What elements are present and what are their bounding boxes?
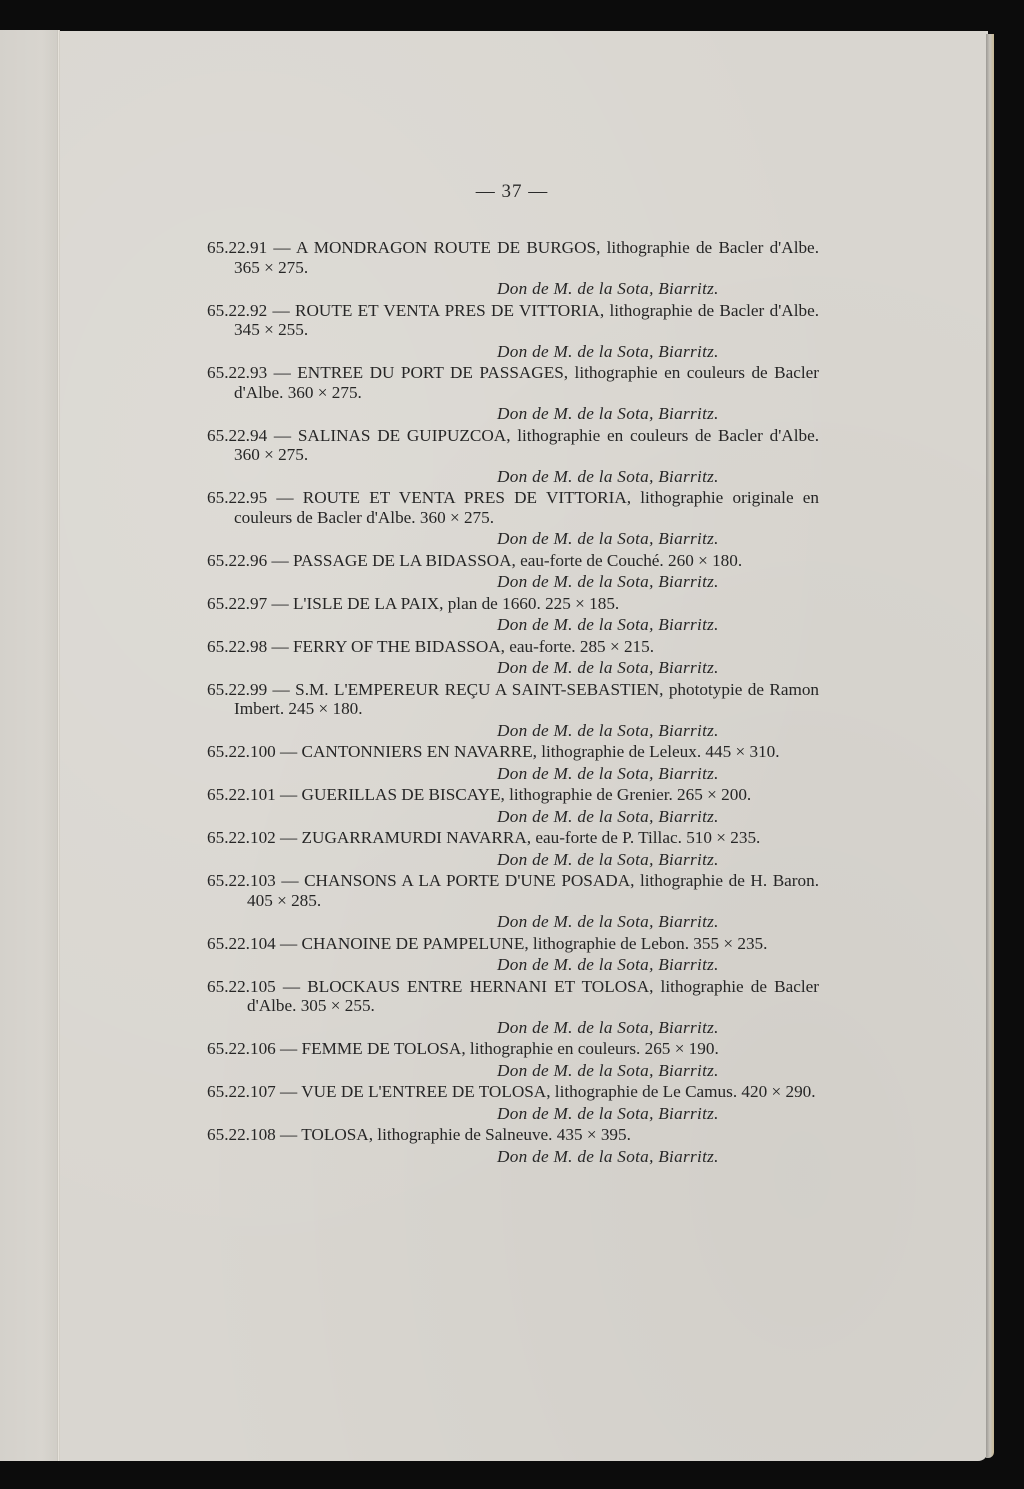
entry-dash-separator: — [276,934,302,953]
entry-donor-credit: Don de M. de la Sota, Biarritz. [207,955,819,975]
entry-dash-separator: — [276,1125,301,1144]
entry-dash-separator: — [276,977,308,996]
entry-dash-separator: — [267,594,293,613]
entry-title-text: ENTREE DU PORT DE PASSAGES, lithographie… [234,363,819,402]
entry-donor-credit: Don de M. de la Sota, Biarritz. [207,615,819,635]
catalog-entry: 65.22.91 — A MONDRAGON ROUTE DE BURGOS, … [207,238,819,299]
catalog-entry: 65.22.100 — CANTONNIERS EN NAVARRE, lith… [207,742,819,783]
entry-description: 65.22.104 — CHANOINE DE PAMPELUNE, litho… [207,934,819,954]
entry-description: 65.22.98 — FERRY OF THE BIDASSOA, eau-fo… [207,637,819,657]
entry-dash-separator: — [276,871,304,890]
entry-donor-credit: Don de M. de la Sota, Biarritz. [207,658,819,678]
entry-donor-credit: Don de M. de la Sota, Biarritz. [207,342,819,362]
catalog-entry: 65.22.95 — ROUTE ET VENTA PRES DE VITTOR… [207,488,819,549]
catalog-entry: 65.22.103 — CHANSONS A LA PORTE D'UNE PO… [207,871,819,932]
entry-description: 65.22.94 — SALINAS DE GUIPUZCOA, lithogr… [207,426,819,465]
entry-inventory-number: 65.22.108 [207,1125,276,1144]
entry-dash-separator: — [267,363,297,382]
entry-title-text: CANTONNIERS EN NAVARRE, lithographie de … [302,742,780,761]
catalog-entry: 65.22.105 — BLOCKAUS ENTRE HERNANI ET TO… [207,977,819,1038]
entry-title-text: CHANOINE DE PAMPELUNE, lithographie de L… [302,934,768,953]
entry-title-text: FERRY OF THE BIDASSOA, eau-forte. 285 × … [293,637,654,656]
entry-dash-separator: — [267,637,293,656]
entry-title-text: FEMME DE TOLOSA, lithographie en couleur… [302,1039,719,1058]
entry-inventory-number: 65.22.98 [207,637,267,656]
entry-description: 65.22.91 — A MONDRAGON ROUTE DE BURGOS, … [207,238,819,277]
entry-dash-separator: — [276,742,302,761]
catalog-entry: 65.22.97 — L'ISLE DE LA PAIX, plan de 16… [207,594,819,635]
entry-donor-credit: Don de M. de la Sota, Biarritz. [207,1104,819,1124]
entry-dash-separator: — [267,680,295,699]
entry-description: 65.22.101 — GUERILLAS DE BISCAYE, lithog… [207,785,819,805]
entry-description: 65.22.92 — ROUTE ET VENTA PRES DE VITTOR… [207,301,819,340]
catalog-entry: 65.22.107 — VUE DE L'ENTREE DE TOLOSA, l… [207,1082,819,1123]
page-number: — 37 — [0,181,1024,203]
entry-description: 65.22.97 — L'ISLE DE LA PAIX, plan de 16… [207,594,819,614]
catalog-entry: 65.22.98 — FERRY OF THE BIDASSOA, eau-fo… [207,637,819,678]
entry-dash-separator: — [267,551,293,570]
entry-title-text: ZUGARRAMURDI NAVARRA, eau-forte de P. Ti… [302,828,761,847]
entry-description: 65.22.99 — S.M. L'EMPEREUR REÇU A SAINT-… [207,680,819,719]
entry-donor-credit: Don de M. de la Sota, Biarritz. [207,1061,819,1081]
entry-title-text: S.M. L'EMPEREUR REÇU A SAINT-SEBASTIEN, … [234,680,819,719]
entry-donor-credit: Don de M. de la Sota, Biarritz. [207,850,819,870]
entry-description: 65.22.108 — TOLOSA, lithographie de Saln… [207,1125,819,1145]
entry-description: 65.22.102 — ZUGARRAMURDI NAVARRA, eau-fo… [207,828,819,848]
entry-donor-credit: Don de M. de la Sota, Biarritz. [207,467,819,487]
entry-dash-separator: — [267,238,296,257]
entry-description: 65.22.100 — CANTONNIERS EN NAVARRE, lith… [207,742,819,762]
entry-dash-separator: — [276,1039,302,1058]
entry-title-text: L'ISLE DE LA PAIX, plan de 1660. 225 × 1… [293,594,619,613]
entry-inventory-number: 65.22.99 [207,680,267,699]
entry-title-text: SALINAS DE GUIPUZCOA, lithographie en co… [234,426,819,465]
catalog-entry: 65.22.106 — FEMME DE TOLOSA, lithographi… [207,1039,819,1080]
entry-inventory-number: 65.22.92 [207,301,267,320]
entry-dash-separator: — [267,426,298,445]
entry-donor-credit: Don de M. de la Sota, Biarritz. [207,1147,819,1167]
catalog-entry: 65.22.108 — TOLOSA, lithographie de Saln… [207,1125,819,1166]
entry-title-text: VUE DE L'ENTREE DE TOLOSA, lithographie … [301,1082,815,1101]
entry-inventory-number: 65.22.107 [207,1082,276,1101]
page-stack-edge [986,34,994,1458]
entry-donor-credit: Don de M. de la Sota, Biarritz. [207,764,819,784]
entry-dash-separator: — [276,828,302,847]
entry-description: 65.22.105 — BLOCKAUS ENTRE HERNANI ET TO… [207,977,819,1016]
entry-description: 65.22.95 — ROUTE ET VENTA PRES DE VITTOR… [207,488,819,527]
catalog-entry: 65.22.102 — ZUGARRAMURDI NAVARRA, eau-fo… [207,828,819,869]
entry-description: 65.22.103 — CHANSONS A LA PORTE D'UNE PO… [207,871,819,910]
entry-dash-separator: — [276,1082,301,1101]
entry-description: 65.22.106 — FEMME DE TOLOSA, lithographi… [207,1039,819,1059]
entry-title-text: CHANSONS A LA PORTE D'UNE POSADA, lithog… [247,871,819,910]
catalog-entry-list: 65.22.91 — A MONDRAGON ROUTE DE BURGOS, … [207,238,819,1168]
entry-description: 65.22.96 — PASSAGE DE LA BIDASSOA, eau-f… [207,551,819,571]
catalog-entry: 65.22.92 — ROUTE ET VENTA PRES DE VITTOR… [207,301,819,362]
entry-title-text: TOLOSA, lithographie de Salneuve. 435 × … [301,1125,631,1144]
entry-inventory-number: 65.22.96 [207,551,267,570]
catalog-entry: 65.22.99 — S.M. L'EMPEREUR REÇU A SAINT-… [207,680,819,741]
entry-inventory-number: 65.22.106 [207,1039,276,1058]
entry-donor-credit: Don de M. de la Sota, Biarritz. [207,807,819,827]
entry-donor-credit: Don de M. de la Sota, Biarritz. [207,572,819,592]
catalog-entry: 65.22.96 — PASSAGE DE LA BIDASSOA, eau-f… [207,551,819,592]
entry-donor-credit: Don de M. de la Sota, Biarritz. [207,404,819,424]
entry-title-text: GUERILLAS DE BISCAYE, lithographie de Gr… [302,785,752,804]
entry-inventory-number: 65.22.97 [207,594,267,613]
entry-dash-separator: — [276,785,302,804]
entry-donor-credit: Don de M. de la Sota, Biarritz. [207,279,819,299]
catalog-entry: 65.22.93 — ENTREE DU PORT DE PASSAGES, l… [207,363,819,424]
entry-title-text: PASSAGE DE LA BIDASSOA, eau-forte de Cou… [293,551,742,570]
entry-description: 65.22.93 — ENTREE DU PORT DE PASSAGES, l… [207,363,819,402]
entry-description: 65.22.107 — VUE DE L'ENTREE DE TOLOSA, l… [207,1082,819,1102]
entry-donor-credit: Don de M. de la Sota, Biarritz. [207,1018,819,1038]
entry-inventory-number: 65.22.104 [207,934,276,953]
entry-dash-separator: — [267,301,295,320]
entry-title-text: ROUTE ET VENTA PRES DE VITTORIA, lithogr… [234,488,819,527]
entry-inventory-number: 65.22.94 [207,426,267,445]
entry-inventory-number: 65.22.105 [207,977,276,996]
entry-donor-credit: Don de M. de la Sota, Biarritz. [207,912,819,932]
catalog-entry: 65.22.101 — GUERILLAS DE BISCAYE, lithog… [207,785,819,826]
entry-inventory-number: 65.22.102 [207,828,276,847]
entry-donor-credit: Don de M. de la Sota, Biarritz. [207,529,819,549]
entry-inventory-number: 65.22.91 [207,238,267,257]
entry-inventory-number: 65.22.103 [207,871,276,890]
entry-title-text: BLOCKAUS ENTRE HERNANI ET TOLOSA, lithog… [247,977,819,1016]
entry-title-text: A MONDRAGON ROUTE DE BURGOS, lithographi… [234,238,819,277]
entry-dash-separator: — [267,488,303,507]
entry-inventory-number: 65.22.101 [207,785,276,804]
catalog-entry: 65.22.94 — SALINAS DE GUIPUZCOA, lithogr… [207,426,819,487]
facing-page-edge [0,30,60,1461]
entry-inventory-number: 65.22.100 [207,742,276,761]
entry-inventory-number: 65.22.95 [207,488,267,507]
catalog-entry: 65.22.104 — CHANOINE DE PAMPELUNE, litho… [207,934,819,975]
entry-donor-credit: Don de M. de la Sota, Biarritz. [207,721,819,741]
entry-inventory-number: 65.22.93 [207,363,267,382]
entry-title-text: ROUTE ET VENTA PRES DE VITTORIA, lithogr… [234,301,819,340]
